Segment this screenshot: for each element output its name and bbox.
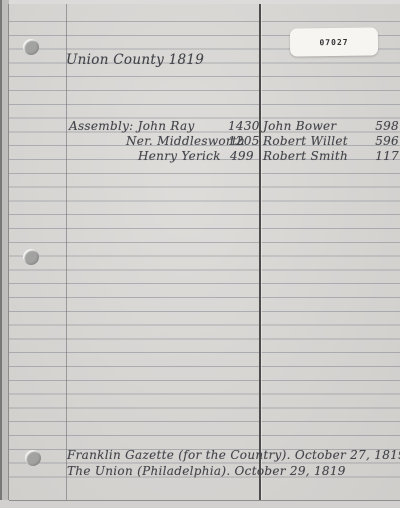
candidate-name: Henry Yerick: [138, 149, 221, 163]
source-citation-1: Franklin Gazette (for the Country). Octo…: [67, 448, 400, 462]
vote-count: 499: [230, 149, 254, 163]
hole-punch-top: [23, 39, 39, 55]
vote-count: 596: [355, 134, 399, 148]
scanner-background-left: [0, 0, 9, 508]
vote-count: 1430: [228, 119, 260, 133]
candidate-name: Robert Willet: [263, 134, 348, 148]
margin-line: [66, 4, 67, 500]
ruled-lines: [9, 21, 400, 489]
catalog-number: 07027: [319, 37, 348, 46]
candidate-name: Robert Smith: [263, 149, 348, 163]
source-citation-2: The Union (Philadelphia). October 29, 18…: [67, 464, 346, 478]
candidate-name: Assembly: John Ray: [69, 119, 195, 133]
vote-count: 1205: [228, 134, 260, 148]
scanned-document: 07027 Union County 1819 Assembly: John R…: [0, 0, 400, 508]
scanner-background-bottom: [0, 500, 400, 508]
notebook-page: 07027 Union County 1819 Assembly: John R…: [9, 4, 400, 500]
catalog-label: 07027: [290, 27, 378, 56]
page-divider-line: [259, 4, 261, 500]
hole-punch-bottom: [25, 450, 41, 466]
page-title: Union County 1819: [66, 52, 204, 68]
hole-punch-middle: [23, 249, 39, 265]
candidate-name: John Bower: [263, 119, 336, 133]
vote-count: 598: [355, 119, 399, 133]
vote-count: 117: [355, 149, 399, 163]
